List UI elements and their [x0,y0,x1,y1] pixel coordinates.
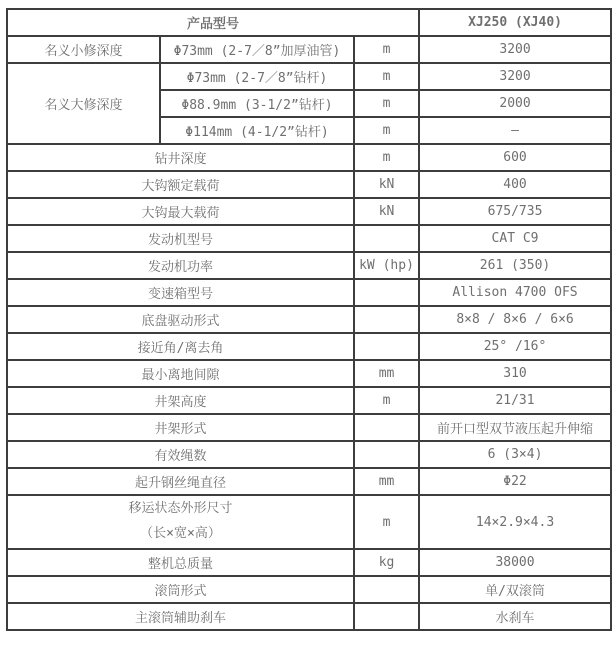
unit-cell [354,333,419,360]
param-label-cell: 接近角/离去角 [7,333,354,360]
table-row: 底盘驱动形式 8×8 / 8×6 / 6×6 [7,306,611,333]
value-cell: 8×8 / 8×6 / 6×6 [419,306,611,333]
value-cell: 25° /16° [419,333,611,360]
unit-cell [354,603,419,630]
param-label-cell: 整机总质量 [7,549,354,576]
param-label-cell: 名义大修深度 [7,63,160,144]
table-row: 大钩最大载荷 kN 675/735 [7,198,611,225]
unit-cell: mm [354,468,419,495]
param-label-cell: 滚筒形式 [7,576,354,603]
table-row: 名义小修深度 Φ73mm (2-7／8”加厚油管) m 3200 [7,36,611,63]
param-label-cell: 井架高度 [7,387,354,414]
table-row: 钻井深度 m 600 [7,144,611,171]
value-cell: 310 [419,360,611,387]
param-label-cell: 井架形式 [7,414,354,441]
table-row-header: 产品型号 XJ250 (XJ40) [7,9,611,36]
param-spec-cell: Φ88.9mm (3-1/2”钻杆) [160,90,354,117]
table-row: 发动机型号 CAT C9 [7,225,611,252]
value-cell: 600 [419,144,611,171]
param-label-cell: 移运状态外形尺寸 （长×宽×高） [7,495,354,549]
value-cell: 3200 [419,36,611,63]
param-label-cell: 有效绳数 [7,441,354,468]
value-cell: – [419,117,611,144]
unit-cell: m [354,36,419,63]
param-label-cell: 钻井深度 [7,144,354,171]
unit-cell: m [354,144,419,171]
spec-table: 产品型号 XJ250 (XJ40) 名义小修深度 Φ73mm (2-7／8”加厚… [6,8,612,631]
unit-cell: kg [354,549,419,576]
param-label-cell: 大钩最大载荷 [7,198,354,225]
unit-cell: mm [354,360,419,387]
param-label-cell: 最小离地间隙 [7,360,354,387]
param-label-cell: 底盘驱动形式 [7,306,354,333]
value-cell: 261 (350) [419,252,611,279]
param-label-cell: 名义小修深度 [7,36,160,63]
unit-cell: kN [354,198,419,225]
page: 产品型号 XJ250 (XJ40) 名义小修深度 Φ73mm (2-7／8”加厚… [0,0,615,658]
value-cell: 水刹车 [419,603,611,630]
param-spec-cell: Φ73mm (2-7／8”钻杆) [160,63,354,90]
product-model-header-cell: 产品型号 [7,9,419,36]
unit-cell: kN [354,171,419,198]
value-cell: 38000 [419,549,611,576]
table-row: 滚筒形式 单/双滚筒 [7,576,611,603]
table-row: 移运状态外形尺寸 （长×宽×高） m 14×2.9×4.3 [7,495,611,549]
table-row: 发动机功率 kW (hp) 261 (350) [7,252,611,279]
unit-cell: kW (hp) [354,252,419,279]
table-row: 整机总质量 kg 38000 [7,549,611,576]
param-label-cell: 大钩额定载荷 [7,171,354,198]
table-row: 接近角/离去角 25° /16° [7,333,611,360]
table-row: 名义大修深度 Φ73mm (2-7／8”钻杆) m 3200 [7,63,611,90]
table-row: 大钩额定载荷 kN 400 [7,171,611,198]
unit-cell [354,279,419,306]
value-cell: 3200 [419,63,611,90]
value-cell: 675/735 [419,198,611,225]
value-cell: Allison 4700 OFS [419,279,611,306]
table-row: 主滚筒辅助刹车 水刹车 [7,603,611,630]
table-row: 变速箱型号 Allison 4700 OFS [7,279,611,306]
model-value-header-cell: XJ250 (XJ40) [419,9,611,36]
param-spec-cell: Φ73mm (2-7／8”加厚油管) [160,36,354,63]
param-label-line1: 移运状态外形尺寸 [10,497,351,522]
value-cell: 400 [419,171,611,198]
table-row: 井架高度 m 21/31 [7,387,611,414]
value-cell: 前开口型双节液压起升伸缩 [419,414,611,441]
unit-cell: m [354,117,419,144]
value-cell: 6 (3×4) [419,441,611,468]
unit-cell: m [354,495,419,549]
param-spec-cell: Φ114mm (4-1/2”钻杆) [160,117,354,144]
param-label-cell: 起升钢丝绳直径 [7,468,354,495]
param-label-line2: （长×宽×高） [10,522,351,547]
value-cell: 2000 [419,90,611,117]
param-label-cell: 发动机功率 [7,252,354,279]
unit-cell [354,225,419,252]
value-cell: 单/双滚筒 [419,576,611,603]
table-row: 起升钢丝绳直径 mm Φ22 [7,468,611,495]
param-label-cell: 变速箱型号 [7,279,354,306]
value-cell: 14×2.9×4.3 [419,495,611,549]
unit-cell: m [354,387,419,414]
param-label-cell: 发动机型号 [7,225,354,252]
value-cell: 21/31 [419,387,611,414]
value-cell: CAT C9 [419,225,611,252]
table-row: 最小离地间隙 mm 310 [7,360,611,387]
unit-cell [354,414,419,441]
table-row: 有效绳数 6 (3×4) [7,441,611,468]
unit-cell: m [354,63,419,90]
unit-cell [354,576,419,603]
unit-cell [354,441,419,468]
value-cell: Φ22 [419,468,611,495]
param-label-cell: 主滚筒辅助刹车 [7,603,354,630]
unit-cell [354,306,419,333]
unit-cell: m [354,90,419,117]
table-row: 井架形式 前开口型双节液压起升伸缩 [7,414,611,441]
